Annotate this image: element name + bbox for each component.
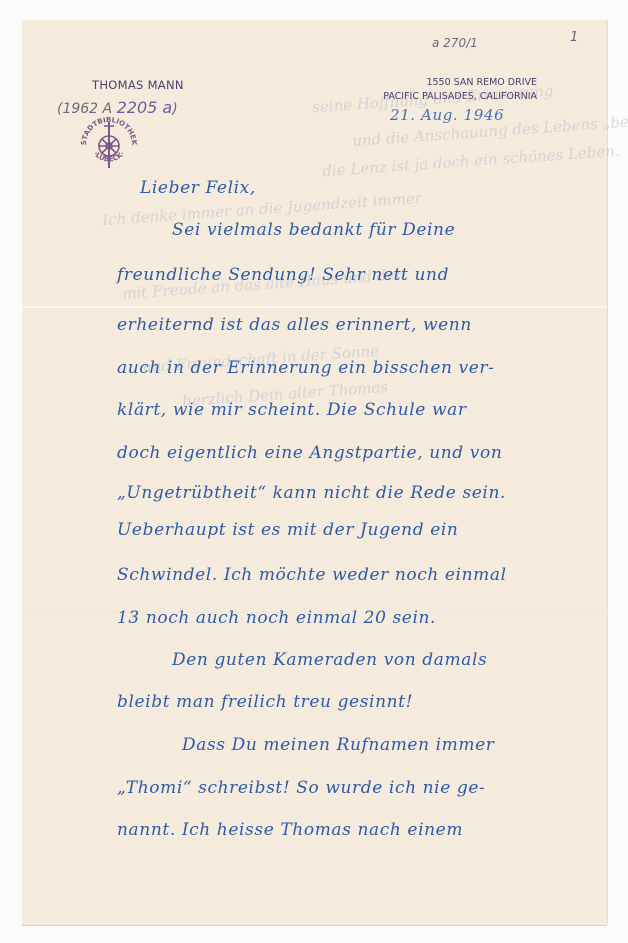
letter-line: Sei vielmals bedankt für Deine	[172, 220, 455, 240]
letter-line: auch in der Erinnerung ein bisschen ver-	[117, 358, 495, 378]
letter-line: bleibt man freilich treu gesinnt!	[117, 692, 413, 712]
fold-line	[22, 306, 607, 308]
letter-line: Schwindel. Ich möchte weder noch einmal	[117, 565, 507, 585]
salutation: Lieber Felix,	[140, 178, 256, 198]
archive-number: a 270/1	[432, 36, 478, 50]
letter-line: Den guten Kameraden von damals	[172, 650, 487, 670]
letter-line: freundliche Sendung! Sehr nett und	[117, 265, 449, 285]
letter-line: doch eigentlich eine Angstpartie, und vo…	[117, 443, 502, 463]
page-number: 1	[570, 30, 578, 45]
letter-date: 21. Aug. 1946	[390, 106, 504, 124]
library-stamp-icon: STADTBIBLIOTHEK ·LÜBECK·	[78, 112, 140, 174]
letter-line: Ueberhaupt ist es mit der Jugend ein	[117, 520, 458, 540]
catalog-suffix: )	[172, 101, 177, 117]
letter-line: „Thomi“ schreibst! So wurde ich nie ge-	[117, 778, 485, 798]
letter-line: „Ungetrübtheit“ kann nicht die Rede sein…	[117, 483, 506, 503]
letterhead-name: THOMAS MANN	[92, 78, 184, 92]
address-line: 1550 SAN REMO DRIVE	[383, 76, 537, 90]
letterhead-address: 1550 SAN REMO DRIVE PACIFIC PALISADES, C…	[383, 76, 537, 104]
letter-line: 13 noch auch noch einmal 20 sein.	[117, 608, 436, 628]
letter-line: Dass Du meinen Rufnamen immer	[182, 735, 495, 755]
letter-line: erheiternd ist das alles erinnert, wenn	[117, 315, 472, 335]
address-line: PACIFIC PALISADES, CALIFORNIA	[383, 90, 537, 104]
letter-line: klärt, wie mir scheint. Die Schule war	[117, 400, 467, 420]
letter-line: nannt. Ich heisse Thomas nach einem	[117, 820, 463, 840]
letter-page: seine Hoffnung und Erinnerung und die An…	[22, 20, 607, 925]
